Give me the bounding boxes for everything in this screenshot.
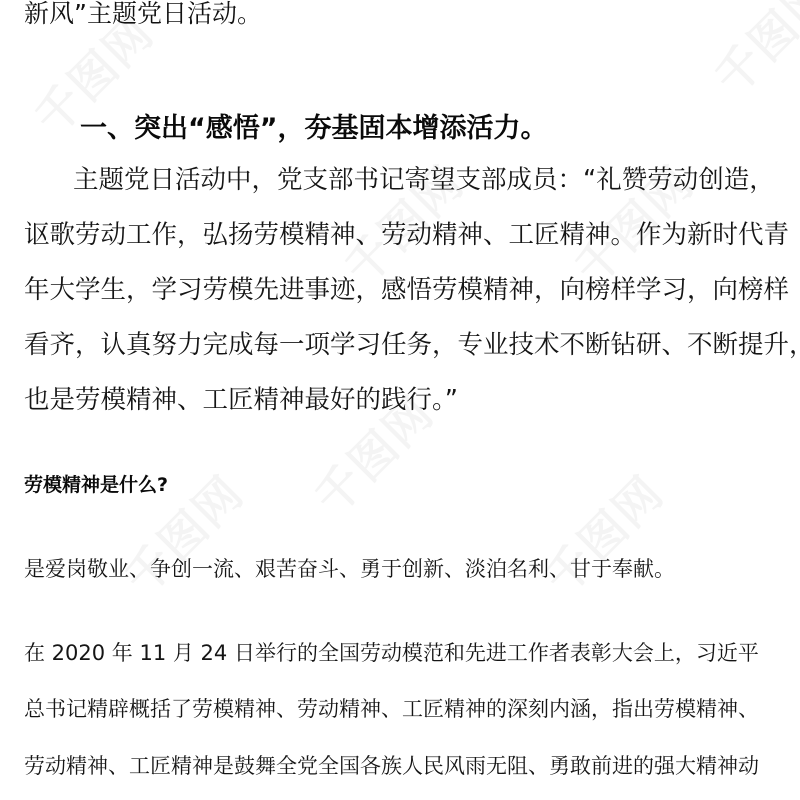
document-page: 千图网 千图网 千图网 千图网 千图网 千图网 千图网 新风”主题党日活动。 一… — [0, 0, 800, 800]
watermark: 千图网 — [528, 459, 676, 607]
watermark: 千图网 — [698, 0, 800, 107]
lead-fragment: 新风”主题党日活动。 — [24, 0, 262, 30]
paragraph2-line: 在 2020 年 11 月 24 日举行的全国劳动模范和先进工作者表彰大会上，习… — [24, 637, 759, 667]
paragraph1-line: 讴歌劳动工作，弘扬劳模精神、劳动精神、工匠精神。作为新时代青 — [24, 215, 789, 251]
question-heading: 劳模精神是什么? — [24, 470, 168, 497]
paragraph1-line: 主题党日活动中，党支部书记寄望支部成员：“礼赞劳动创造， — [73, 160, 775, 196]
paragraph1-line: 年大学生，学习劳模先进事迹，感悟劳模精神，向榜样学习，向榜样 — [24, 270, 789, 306]
answer-text: 是爱岗敬业、争创一流、艰苦奋斗、勇于创新、淡泊名利、甘于奉献。 — [24, 553, 675, 583]
paragraph2-line: 劳动精神、工匠精神是鼓舞全党全国各族人民风雨无阻、勇敢前进的强大精神动 — [24, 750, 759, 780]
paragraph2-line: 总书记精辟概括了劳模精神、劳动精神、工匠精神的深刻内涵，指出劳模精神、 — [24, 693, 759, 723]
paragraph1-line: 也是劳模精神、工匠精神最好的践行。” — [24, 380, 458, 416]
section-heading: 一、突出“感悟”，夯基固本增添活力。 — [80, 106, 548, 145]
paragraph1-line: 看齐，认真努力完成每一项学习任务，专业技术不断钻研、不断提升， — [24, 325, 800, 361]
